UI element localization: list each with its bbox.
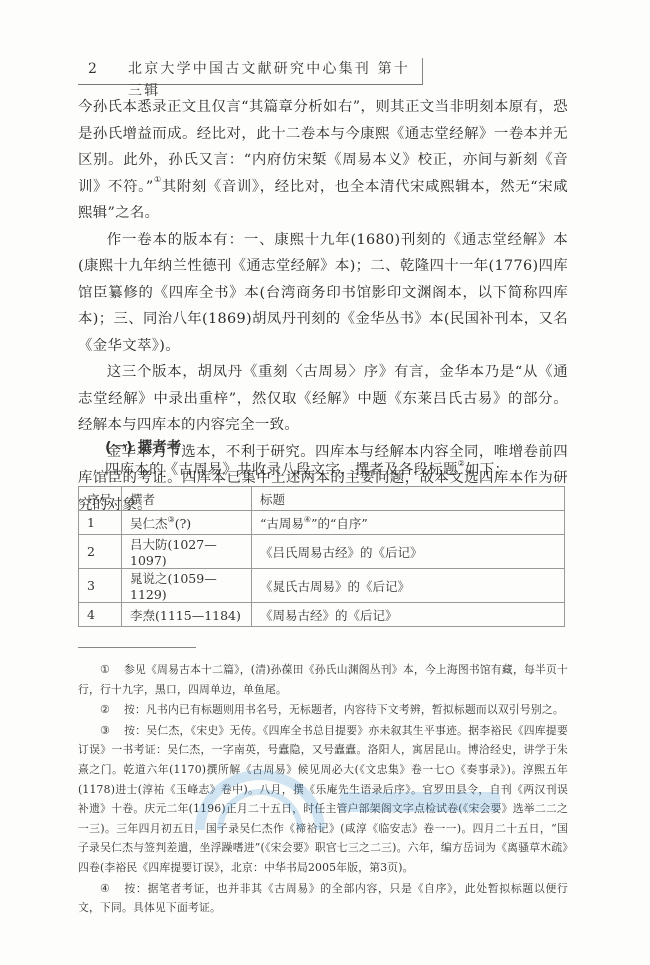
header-title: 标题 (252, 487, 565, 511)
authors-table: 序号 撰者 标题 1 吴仁杰③(?) “古周易④”的“自序” 2 吕大防(102… (78, 486, 565, 627)
header-author: 撰者 (122, 487, 252, 511)
table-row: 4 李焘(1115—1184) 《周易古经》的《后记》 (79, 603, 565, 627)
footnote-1: ①参见《周易古本十二篇》，(清)孙葆田《孙氏山渊阁丛刊》本，今上海图书馆有藏，每… (78, 660, 568, 699)
table-row: 2 吕大防(1027—1097) 《吕氏周易古经》的《后记》 (79, 535, 565, 569)
running-header: 2 北京大学中国古文献研究中心集刊 第十三辑 (78, 58, 423, 85)
footnote-ref-4[interactable]: ④ (304, 515, 311, 524)
table-row: 1 吴仁杰③(?) “古周易④”的“自序” (79, 511, 565, 535)
paragraph-2: 作一卷本的版本有：一、康熙十九年(1680)刊刻的《通志堂经解》本(康熙十九年纳… (78, 227, 568, 360)
header-no: 序号 (79, 487, 122, 511)
footnote-divider (78, 647, 196, 648)
page-number: 2 (88, 58, 97, 80)
footnote-ref-1[interactable]: ① (154, 175, 162, 184)
footnote-3: ③按：吴仁杰，《宋史》无传。《四库全书总目提要》亦未叙其生平事迹。据李裕民《四库… (78, 721, 568, 878)
paragraph-1: 今孙氏本悉录正文且仅言“其篇章分析如右”，则其正文当非明刻本原有，恐是孙氏增益而… (78, 94, 568, 227)
table-row: 3 晁说之(1059—1129) 《晁氏古周易》的《后记》 (79, 569, 565, 603)
footnote-ref-3[interactable]: ③ (168, 515, 175, 524)
footnotes: ①参见《周易古本十二篇》，(清)孙葆田《孙氏山渊阁丛刊》本，今上海图书馆有藏，每… (78, 660, 568, 919)
footnote-ref-2[interactable]: ② (458, 459, 465, 468)
footnote-2: ②按：凡书内已有标题则用书名号，无标题者，内容待下文考辨，暂拟标题而以双引号别之… (78, 700, 568, 720)
paragraph-3: 这三个版本，胡凤丹《重刻〈古周易〉序》有言，金华本乃是“从《通志堂经解》中录出重… (78, 359, 568, 439)
footnote-4: ④按：据笔者考证，也并非其《古周易》的全部内容，只是《自序》，此处暂拟标题以便行… (78, 879, 568, 918)
table-header-row: 序号 撰者 标题 (79, 487, 565, 511)
section-intro: 四库本的《古周易》共收录八段文字，撰者及各段标题②如下： (105, 458, 509, 479)
section-heading: (一) 撰者考 (105, 436, 181, 457)
